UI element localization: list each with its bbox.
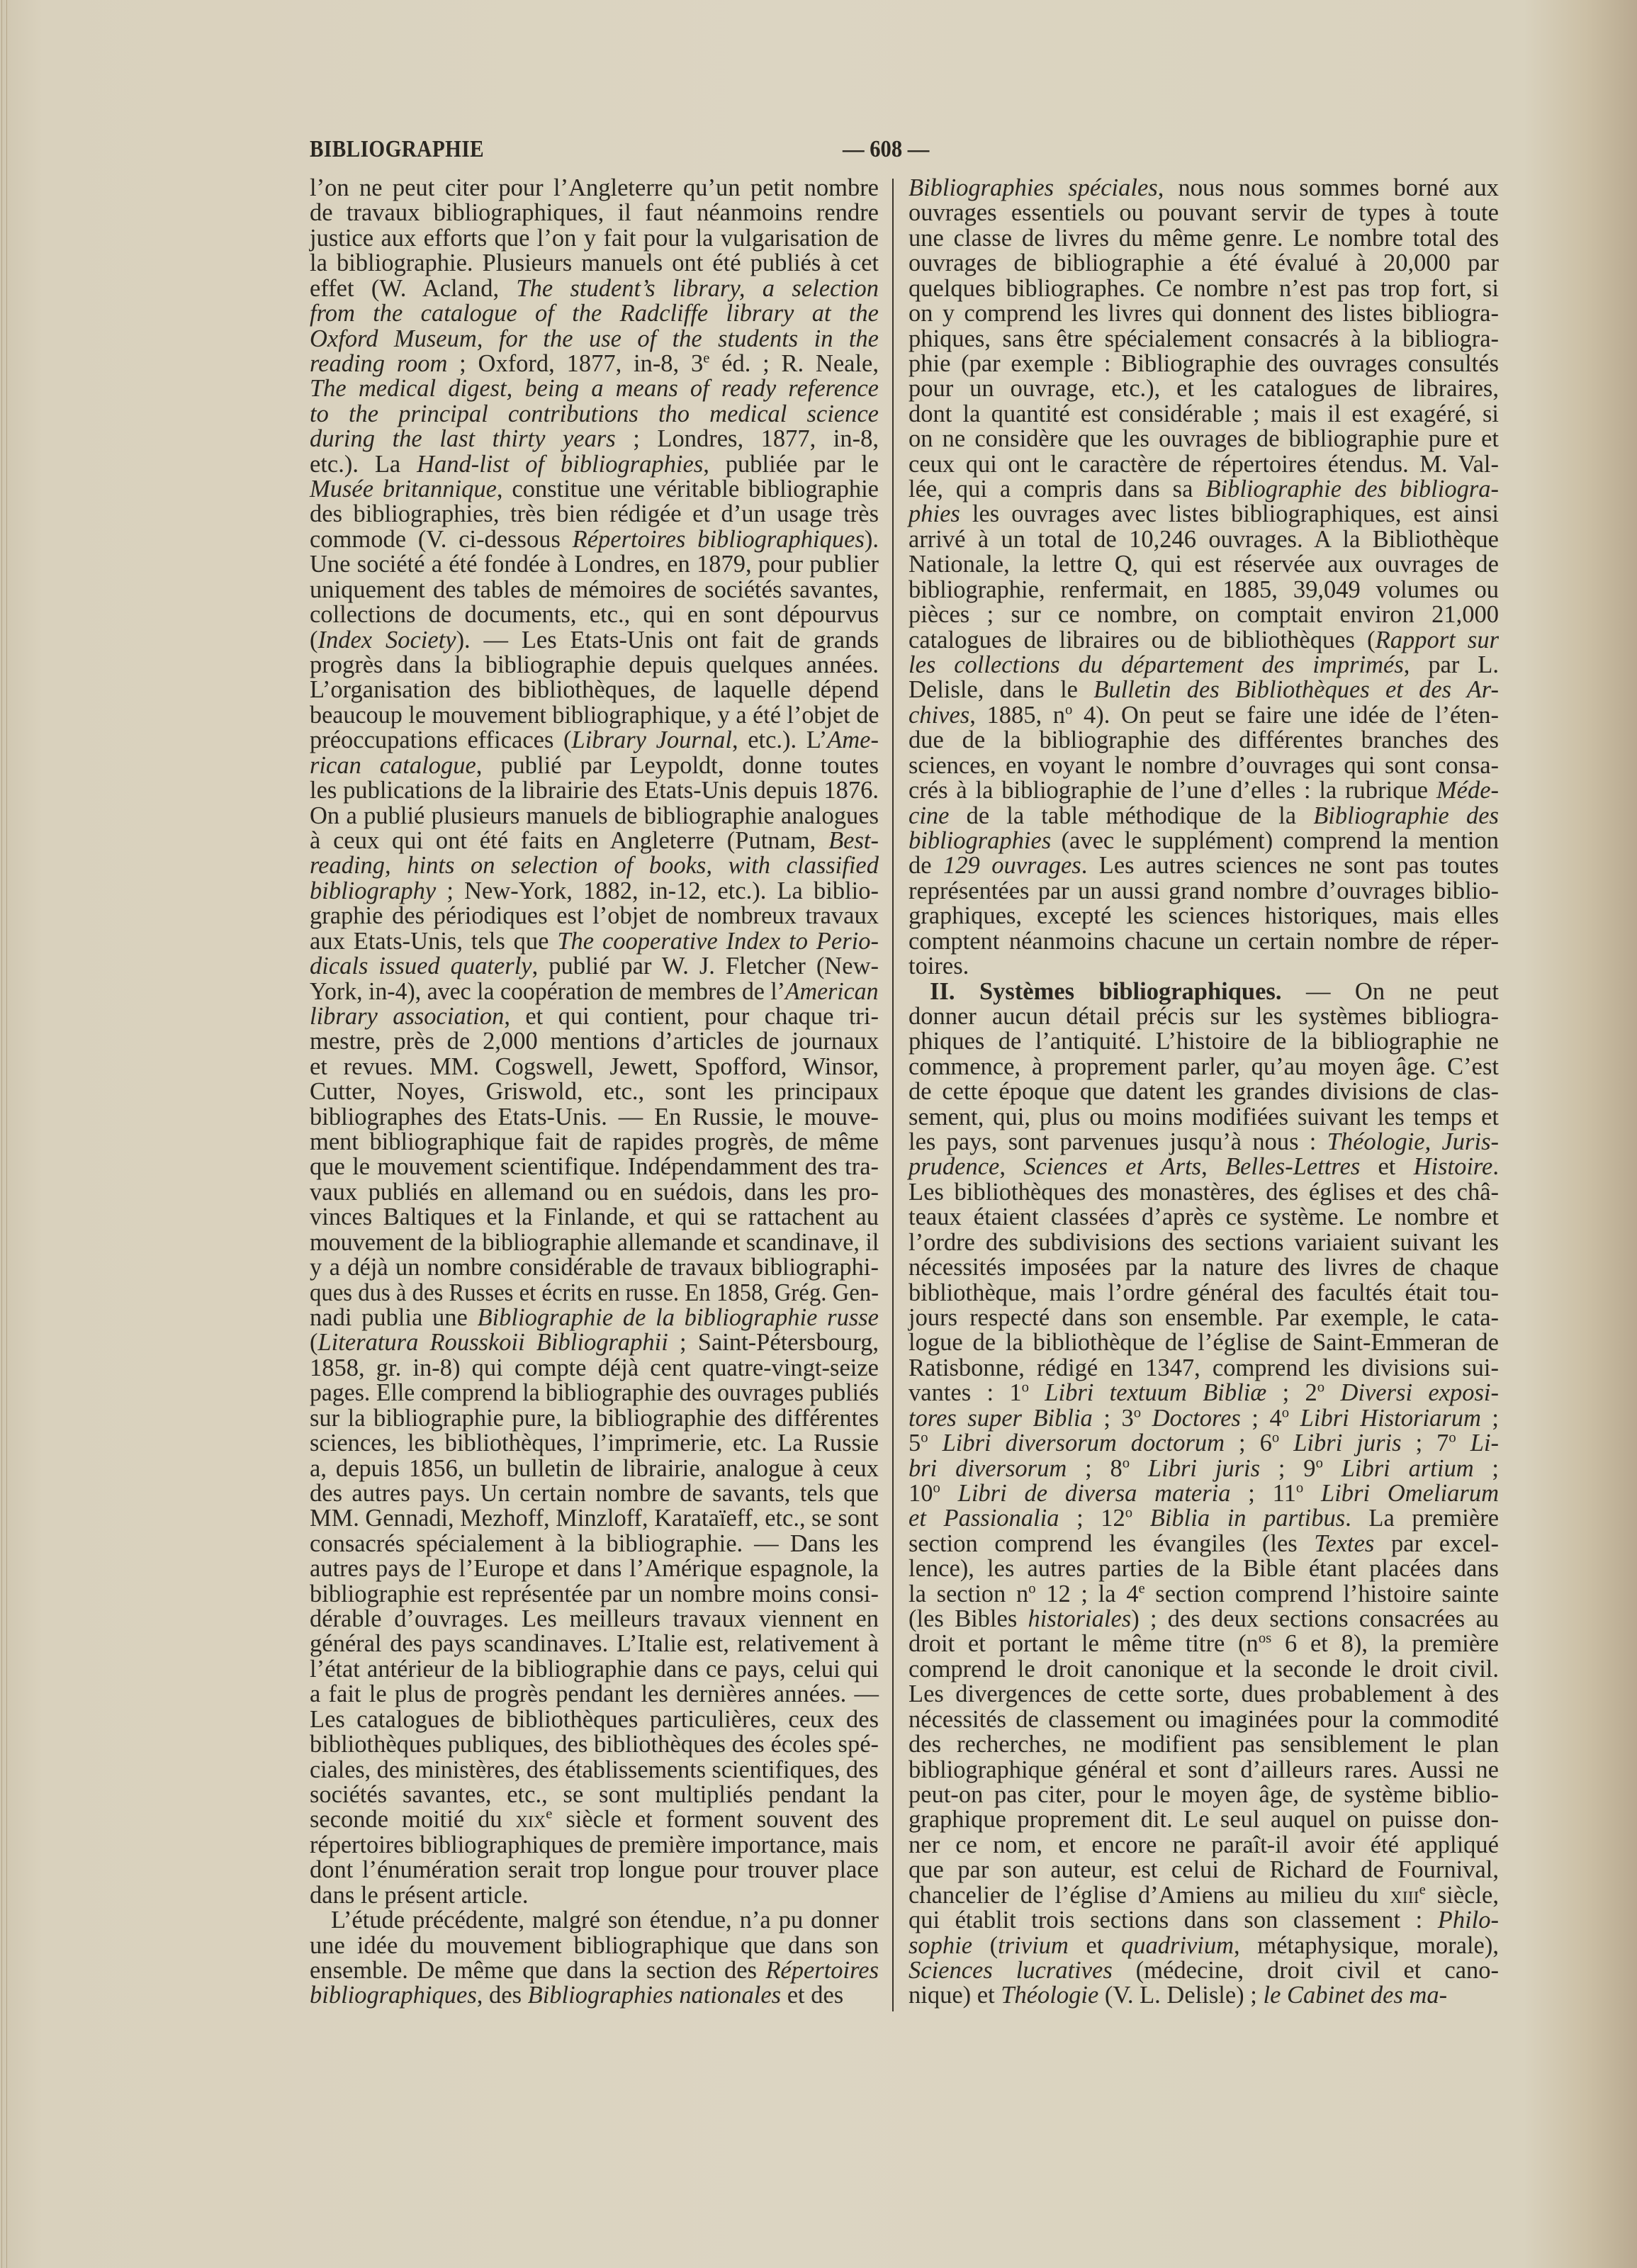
text-line: nadi publia une Bibliographie de la bibl… [310,1306,879,1330]
text-line: reading room ; Oxford, 1877, in-8, 3e éd… [310,352,879,376]
text-line: nique) et Théologie (V. L. Delisle) ; le… [908,1983,1499,2008]
text-line: The medical digest, being a means of rea… [310,376,879,401]
text-line: sociétés savantes, etc., se sont multipl… [310,1783,879,1807]
text-line: effet (W. Acland, The student’s library,… [310,276,879,301]
running-head: BIBLIOGRAPHIE [310,136,484,163]
text-line: from the catalogue of the Radcliffe libr… [310,301,879,326]
text-line: logue de la bibliothèque de l’église de … [908,1330,1499,1355]
text-line: justice aux efforts que l’on y fait pour… [310,226,879,251]
text-line: Sciences lucratives (médecine, droit civ… [908,1958,1499,1983]
text-line: ment bibliographique fait de rapides pro… [310,1130,879,1155]
text-line: pages. Elle comprend la bibliographie de… [310,1381,879,1405]
text-line: library association, et qui contient, po… [310,1004,879,1029]
text-line: beaucoup le mouvement bibliographique, y… [310,703,879,728]
text-line: phiques de l’antiquité. L’histoire de la… [908,1029,1499,1054]
text-line: L’organisation des bibliothèques, de laq… [310,678,879,702]
text-line: (les Bibles historiales) ; des deux sect… [908,1607,1499,1632]
text-line: y a déjà un nombre considérable de trava… [310,1255,879,1280]
text-line: les pays, sont parvenues jusqu’à nous : … [908,1130,1499,1155]
text-line: on y comprend les livres qui donnent des… [908,301,1499,326]
text-line: ner ce nom, et encore ne paraît-il avoir… [908,1833,1499,1858]
text-line: les publications de la librairie des Eta… [310,778,879,803]
left-column: l’on ne peut citer pour l’Angleterre qu’… [310,176,879,2009]
text-line: donner aucun détail précis sur les systè… [908,1004,1499,1029]
text-line: cine de la table méthodique de la Biblio… [908,804,1499,829]
text-line: aux Etats-Unis, tels que The cooperative… [310,929,879,954]
text-line: teaux étaient classées d’après ce systèm… [908,1205,1499,1230]
text-line: les collections du département des impri… [908,653,1499,678]
text-line: MM. Gennadi, Mezhoff, Minzloff, Karataïe… [310,1506,879,1531]
text-line: l’on ne peut citer pour l’Angleterre qu’… [310,176,879,201]
text-line: On a publié plusieurs manuels de bibliog… [310,804,879,829]
text-line: ouvrages de bibliographie a été évalué à… [908,251,1499,276]
text-line: pour un ouvrage, etc.), et les catalogue… [908,376,1499,401]
text-line: comptent néanmoins chacune un certain no… [908,929,1499,954]
text-line: Cutter, Noyes, Griswold, etc., sont les … [310,1079,879,1104]
text-line: sophie (trivium et quadrivium, métaphysi… [908,1933,1499,1958]
text-line: ciales, des ministères, des établissemen… [310,1758,879,1783]
text-line: sur la bibliographie pure, la bibliograp… [310,1406,879,1431]
text-line: bibliographie, renfermait, en 1885, 39,0… [908,578,1499,602]
text-line: répertoires bibliographiques de première… [310,1833,879,1858]
text-line: Nationale, la lettre Q, qui est réservée… [908,552,1499,577]
text-line: 10o Libri de diversa materia ; 11o Libri… [908,1481,1499,1506]
text-line: York, in-4), avec la coopération de memb… [310,979,879,1004]
text-line: Bibliographies spéciales, nous nous somm… [908,176,1499,201]
text-line: during the last thirty years ; Londres, … [310,427,879,451]
text-line: et revues. MM. Cogswell, Jewett, Spoffor… [310,1055,879,1079]
text-line: nécessités imposées par la nature des li… [908,1255,1499,1280]
text-line: prudence, Sciences et Arts, Belles-Lettr… [908,1155,1499,1179]
text-line: Ratisbonne, rédigé en 1347, comprend les… [908,1356,1499,1381]
text-line: progrès dans la bibliographie depuis que… [310,653,879,678]
text-line: phiques, sans être spécialement consacré… [908,327,1499,352]
text-line: Les catalogues de bibliothèques particul… [310,1707,879,1732]
text-line: catalogues de libraires ou de bibliothèq… [908,628,1499,653]
text-line: des autres pays. Un certain nombre de sa… [310,1481,879,1506]
scanned-page: BIBLIOGRAPHIE — 608 — l’on ne peut citer… [0,0,1637,2268]
text-line: section comprend les évangiles (les Text… [908,1532,1499,1556]
text-line: seconde moitié du xixe siècle et forment… [310,1807,879,1832]
text-line: bibliographique général et sont d’ailleu… [908,1758,1499,1783]
text-line: représentées par un aussi grand nombre d… [908,879,1499,904]
page-number: — 608 — [843,136,929,163]
text-line: des recherches, ne modifient pas sensibl… [908,1732,1499,1757]
text-line: nécessités de classement ou imaginées po… [908,1707,1499,1732]
text-line: comprend le droit canonique et la second… [908,1657,1499,1682]
text-line: graphique proprement dit. Le seul auquel… [908,1807,1499,1832]
text-line: due de la bibliographie des différentes … [908,728,1499,753]
text-line: II. Systèmes bibliographiques. — On ne p… [908,979,1499,1004]
text-line: mestre, près de 2,000 mentions d’article… [310,1029,879,1054]
text-line: L’étude précédente, malgré son étendue, … [310,1908,879,1933]
text-line: crés à la bibliographie de l’une d’elles… [908,778,1499,803]
text-line: pièces ; sur ce nombre, on comptait envi… [908,602,1499,627]
text-line: ouvrages essentiels ou pouvant servir de… [908,201,1499,225]
text-line: bibliographes des Etats-Unis. — En Russi… [310,1105,879,1130]
text-line: la section no 12 ; la 4e section compren… [908,1582,1499,1607]
text-line: on ne considère que les ouvrages de bibl… [908,427,1499,451]
text-line: tores super Biblia ; 3o Doctores ; 4o Li… [908,1406,1499,1431]
text-line: 1858, gr. in-8) qui compte déjà cent qua… [310,1356,879,1381]
text-line: quelques bibliographes. Ce nombre n’est … [908,276,1499,301]
text-line: lée, qui a compris dans sa Bibliographie… [908,477,1499,502]
text-line: bibliographie est représentée par un nom… [310,1582,879,1607]
text-line: peut-on pas citer, pour le moyen âge, de… [908,1783,1499,1807]
text-line: Les bibliothèques des monastères, des ég… [908,1180,1499,1205]
text-line: bibliographies (avec le supplément) comp… [908,829,1499,853]
text-line: dicals issued quaterly, publié par W. J.… [310,954,879,979]
text-line: à ceux qui ont été faits en Angleterre (… [310,829,879,853]
text-line: que le mouvement scientifique. Indépenda… [310,1155,879,1179]
text-line: et Passionalia ; 12o Biblia in partibus.… [908,1506,1499,1531]
text-line: (Index Society). — Les Etats-Unis ont fa… [310,628,879,653]
text-line: bibliothèques publiques, des bibliothèqu… [310,1732,879,1757]
text-line: commence, à proprement parler, qu’au moy… [908,1055,1499,1079]
text-line: toires. [908,954,1499,979]
column-divider [892,179,894,2011]
text-line: Delisle, dans le Bulletin des Bibliothèq… [908,678,1499,702]
text-line: jours respecté dans son ensemble. Par ex… [908,1306,1499,1330]
text-line: dans le présent article. [310,1883,879,1908]
text-line: commode (V. ci-dessous Répertoires bibli… [310,527,879,552]
text-line: sciences, en voyant le nombre d’ouvrages… [908,753,1499,778]
text-line: ques dus à des Russes et écrits en russe… [310,1281,879,1306]
text-line: général des pays scandinaves. L’Italie e… [310,1632,879,1656]
right-column: Bibliographies spéciales, nous nous somm… [908,176,1499,2009]
text-line: dérable d’ouvrages. Les meilleurs travau… [310,1607,879,1632]
text-line: ceux qui ont le caractère de répertoires… [908,452,1499,477]
text-line: l’ordre des subdivisions des sections va… [908,1230,1499,1255]
text-line: 5o Libri diversorum doctorum ; 6o Libri … [908,1431,1499,1456]
text-line: vinces Baltiques et la Finlande, et qui … [310,1205,879,1230]
text-line: chancelier de l’église d’Amiens au milie… [908,1883,1499,1908]
text-line: a, depuis 1856, un bulletin de librairie… [310,1456,879,1481]
text-line: bibliography ; New-York, 1882, in-12, et… [310,879,879,904]
text-line: dont l’énumération serait trop longue po… [310,1858,879,1882]
text-line: ensemble. De même que dans la section de… [310,1958,879,1983]
text-line: chives, 1885, no 4). On peut se faire un… [908,703,1499,728]
text-line: lence), les autres parties de la Bible é… [908,1556,1499,1581]
text-line: to the principal contributions tho medic… [310,402,879,427]
text-line: Les divergences de cette sorte, dues pro… [908,1682,1499,1707]
text-line: vantes : 1o Libri textuum Bibliæ ; 2o Di… [908,1381,1499,1405]
text-line: vaux publiés en allemand ou en suédois, … [310,1180,879,1205]
text-line: de 129 ouvrages. Les autres sciences ne … [908,853,1499,878]
text-line: consacrés spécialement à la bibliographi… [310,1532,879,1556]
text-line: préoccupations efficaces (Library Journa… [310,728,879,753]
text-line: bibliothèque, mais l’ordre général des f… [908,1281,1499,1306]
text-line: bibliographiques, des Bibliographies nat… [310,1983,879,2008]
text-line: Une société a été fondée à Londres, en 1… [310,552,879,577]
text-line: une idée du mouvement bibliographique qu… [310,1933,879,1958]
text-line: arrivé à un total de 10,246 ouvrages. A … [908,527,1499,552]
text-line: de travaux bibliographiques, il faut néa… [310,201,879,225]
text-line: mouvement de la bibliographie allemande … [310,1230,879,1255]
text-line: autres pays de l’Europe et dans l’Amériq… [310,1556,879,1581]
text-line: a fait le plus de progrès pendant les de… [310,1682,879,1707]
text-line: des bibliographies, très bien rédigée et… [310,502,879,527]
text-line: sciences, les bibliothèques, l’imprimeri… [310,1431,879,1456]
text-line: sement, qui, plus ou moins modifiées sui… [908,1105,1499,1130]
text-line: de cette époque que datent les grandes d… [908,1079,1499,1104]
text-line: reading, hints on selection of books, wi… [310,853,879,878]
text-line: phies les ouvrages avec listes bibliogra… [908,502,1499,527]
text-line: (Literatura Rousskoii Bibliographii ; Sa… [310,1330,879,1355]
text-line: etc.). La Hand-list of bibliographies, p… [310,452,879,477]
text-line: uniquement des tables de mémoires de soc… [310,578,879,602]
text-line: phie (par exemple : Bibliographie des ou… [908,352,1499,376]
text-line: collections de documents, etc., qui en s… [310,602,879,627]
binding-edge [1,0,7,2268]
text-line: graphie des périodiques est l’objet de n… [310,904,879,928]
text-line: la bibliographie. Plusieurs manuels ont … [310,251,879,276]
text-line: Oxford Museum, for the use of the studen… [310,327,879,352]
text-line: droit et portant le même titre (nos 6 et… [908,1632,1499,1656]
text-line: bri diversorum ; 8o Libri juris ; 9o Lib… [908,1456,1499,1481]
text-line: l’état antérieur de la bibliographie dan… [310,1657,879,1682]
text-line: une classe de livres du même genre. Le n… [908,226,1499,251]
text-line: que par son auteur, est celui de Richard… [908,1858,1499,1882]
text-line: Musée britannique, constitue une véritab… [310,477,879,502]
text-line: rican catalogue, publié par Leypoldt, do… [310,753,879,778]
text-line: dont la quantité est considérable ; mais… [908,402,1499,427]
page-header: BIBLIOGRAPHIE — 608 — [310,136,1500,167]
text-line: graphiques, excepté les sciences histori… [908,904,1499,928]
text-line: qui établit trois sections dans son clas… [908,1908,1499,1933]
